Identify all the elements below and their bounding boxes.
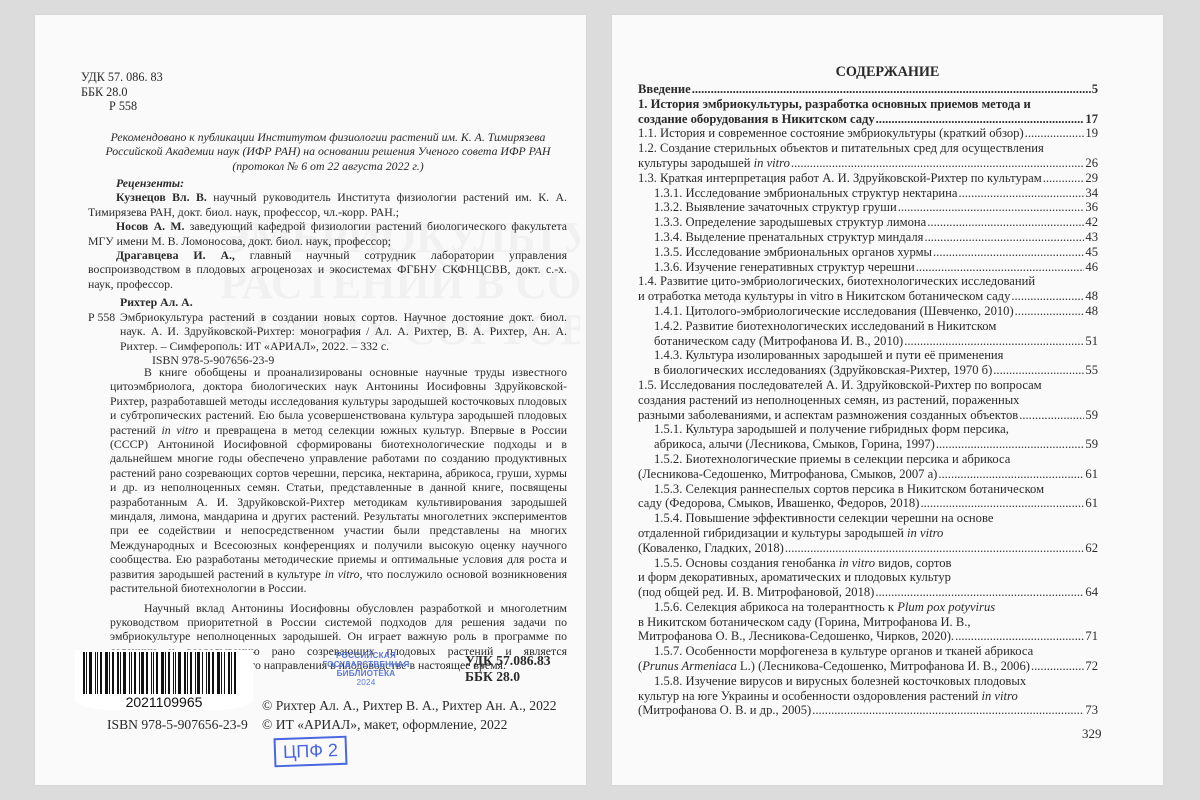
toc-entry-title: Митрофанова О. В., Лесникова-Седошенко, … (638, 629, 954, 644)
toc-leader (791, 156, 1085, 171)
toc-leader (1019, 408, 1084, 423)
page-number: 329 (1082, 726, 1102, 742)
toc-leader (1031, 659, 1084, 674)
toc-leader (920, 496, 1084, 511)
toc-entry[interactable]: 1.1. История и современное состояние эмб… (638, 126, 1098, 141)
barcode: 2021109965 (75, 650, 253, 710)
copyright-line: © ИТ «АРИАЛ», макет, оформление, 2022 (262, 716, 557, 735)
stamp-year: 2024 (318, 678, 414, 687)
reviewer-name: Носов А. М. (116, 219, 184, 233)
toc-entry-title: разными заболеваниями, и аспектам размно… (638, 408, 1018, 423)
toc-entry[interactable]: 1.5.6. Селекция абрикоса на толерантност… (638, 600, 1098, 644)
toc-entry-title: 1.3.4. Выделение пренатальных структур м… (654, 230, 923, 245)
toc-page-number: 51 (1085, 334, 1098, 349)
toc-entry-title: 1.3.5. Исследование эмбриональных органо… (654, 245, 932, 260)
toc-page-number: 43 (1085, 230, 1098, 245)
toc-entry[interactable]: 1.2. Создание стерильных объектов и пита… (638, 141, 1098, 171)
recommendation-note: Рекомендовано к публикации Институтом фи… (88, 130, 568, 173)
toc-entry-title: 1.3.3. Определение зародышевых структур … (654, 215, 926, 230)
abstract-italic: in vitro (161, 423, 198, 437)
toc-leader (936, 437, 1085, 452)
barcode-bars (83, 652, 245, 694)
toc-entry-title: в биологических исследованиях (Здруйковс… (654, 363, 992, 378)
toc-leader (1043, 171, 1085, 186)
abstract: В книге обобщены и проанализированы осно… (110, 365, 567, 673)
show-through-text: ЭМБРИОКУЛЬТУРАРАСТЕНИЙ В СОЗДАНИИНОВЫХ С… (220, 215, 580, 353)
toc-entry-title: культуры зародышей in vitro (638, 156, 790, 171)
toc-page-number: 36 (1085, 200, 1098, 215)
toc-entry[interactable]: 1.5.5. Основы создания генобанка in vitr… (638, 556, 1098, 600)
table-of-contents: Введение51. История эмбриокультуры, разр… (638, 82, 1098, 718)
toc-entry[interactable]: 1.4.3. Культура изолированных зародышей … (638, 348, 1098, 378)
copyright: © Рихтер Ал. А., Рихтер В. А., Рихтер Ан… (262, 697, 557, 734)
toc-page-number: 19 (1085, 126, 1098, 141)
toc-entry-title: Введение (638, 82, 691, 97)
toc-entry[interactable]: 1.5.4. Повышение эффективности селекции … (638, 511, 1098, 555)
toc-leader (898, 200, 1085, 215)
toc-leader (785, 541, 1085, 556)
toc-page-number: 61 (1085, 496, 1098, 511)
bbk-bold: ББК 28.0 (465, 669, 551, 685)
toc-title: СОДЕРЖАНИЕ (612, 64, 1163, 80)
toc-entry-title: (Prunus Armeniaca L.) (Лесникова-Седошен… (638, 659, 1030, 674)
toc-page-number: 71 (1085, 629, 1098, 644)
toc-entry-title: (под общей ред. И. В. Митрофановой, 2018… (638, 585, 874, 600)
toc-entry-title: (Лесникова-Седошенко, Митрофанова, Смыко… (638, 467, 937, 482)
toc-page-number: 59 (1085, 437, 1098, 452)
udk-code: УДК 57. 086. 83 (81, 70, 163, 85)
recommendation-line: (протокол № 6 от 22 августа 2022 г.) (88, 159, 568, 173)
toc-leader (924, 230, 1084, 245)
toc-page-number: 64 (1085, 585, 1098, 600)
toc-page-number: 26 (1085, 156, 1098, 171)
toc-entry[interactable]: 1.5.3. Селекция раннеспелых сортов перси… (638, 482, 1098, 512)
toc-page-number: 17 (1085, 112, 1098, 127)
classification-codes: УДК 57. 086. 83 ББК 28.0 Р 558 (81, 70, 163, 114)
toc-entry[interactable]: 1.5.8. Изучение вирусов и вирусных болез… (638, 674, 1098, 718)
toc-page-number: 59 (1085, 408, 1098, 423)
toc-page-number: 42 (1085, 215, 1098, 230)
toc-page-number: 48 (1085, 304, 1098, 319)
toc-entry[interactable]: 1.5.1. Культура зародышей и получение ги… (638, 422, 1098, 452)
abstract-paragraph: В книге обобщены и проанализированы осно… (110, 365, 567, 596)
stamp-line: БИБЛИОТЕКА (318, 669, 414, 678)
udk-bold: УДК 57.086.83 (465, 653, 551, 669)
stamp-line: РОССИЙСКАЯ (318, 651, 414, 660)
toc-entry[interactable]: 1. История эмбриокультуры, разработка ос… (638, 97, 1098, 127)
toc-entry[interactable]: 1.4. Развитие цито-эмбриологических, био… (638, 274, 1098, 304)
toc-entry-title: (Коваленко, Гладких, 2018) (638, 541, 784, 556)
toc-entry-title: 1.4.1. Цитолого-эмбриологические исследо… (654, 304, 1014, 319)
bbk-code: ББК 28.0 (81, 85, 163, 100)
reviewer-name: Драгавцева И. А., (116, 248, 235, 262)
toc-leader (692, 82, 1091, 97)
toc-page-number: 48 (1085, 289, 1098, 304)
toc-leader (993, 363, 1084, 378)
toc-entry[interactable]: 1.3.5. Исследование эмбриональных органо… (638, 245, 1098, 260)
toc-entry[interactable]: 1.3. Краткая интерпретация работ А. И. З… (638, 171, 1098, 186)
isbn-bottom: ISBN 978-5-907656-23-9 (107, 717, 248, 733)
toc-page-number: 46 (1085, 260, 1098, 275)
library-stamp: РОССИЙСКАЯ ГОСУДАРСТВЕННАЯ БИБЛИОТЕКА 20… (318, 651, 414, 687)
toc-entry[interactable]: Введение5 (638, 82, 1098, 97)
recommendation-line: Российской Академии наук (ИФР РАН) на ос… (88, 144, 568, 158)
toc-leader (958, 186, 1084, 201)
toc-leader (876, 112, 1085, 127)
toc-entry[interactable]: 1.3.1. Исследование эмбриональных структ… (638, 186, 1098, 201)
toc-page-number: 72 (1085, 659, 1098, 674)
toc-leader (812, 703, 1084, 718)
toc-entry-title: ботаническом саду (Митрофанова И. В., 20… (654, 334, 903, 349)
toc-page-number: 29 (1085, 171, 1098, 186)
toc-leader (1011, 289, 1084, 304)
toc-entry[interactable]: 1.5.7. Особенности морфогенеза в культур… (638, 644, 1098, 674)
stamp-line: ГОСУДАРСТВЕННАЯ (318, 660, 414, 669)
toc-entry[interactable]: 1.5.2. Биотехнологические приемы в селек… (638, 452, 1098, 482)
toc-entry-title: (Митрофанова О. В. и др., 2005) (638, 703, 811, 718)
toc-entry-title: саду (Федорова, Смыков, Ивашенко, Федоро… (638, 496, 919, 511)
toc-leader (1025, 126, 1085, 141)
toc-leader (875, 585, 1084, 600)
abstract-italic: in vitro (325, 567, 360, 581)
toc-leader (927, 215, 1084, 230)
toc-entry[interactable]: 1.4.1. Цитолого-эмбриологические исследо… (638, 304, 1098, 319)
copyright-line: © Рихтер Ал. А., Рихтер В. А., Рихтер Ан… (262, 697, 557, 716)
toc-leader (904, 334, 1084, 349)
toc-page-number: 34 (1085, 186, 1098, 201)
author-sign: Р 558 (81, 99, 163, 114)
toc-leader (933, 245, 1084, 260)
toc-page-number: 5 (1092, 82, 1098, 97)
toc-entry[interactable]: 1.3.3. Определение зародышевых структур … (638, 215, 1098, 230)
reviewers-heading: Рецензенты: (88, 176, 567, 190)
record-code: Р 558 (88, 310, 120, 354)
cpf-stamp: ЦПФ 2 (274, 736, 348, 768)
toc-page-number: 55 (1085, 363, 1098, 378)
toc-page-number: 45 (1085, 245, 1098, 260)
toc-entry[interactable]: 1.3.6. Изучение генеративных структур че… (638, 260, 1098, 275)
toc-entry-title: 1.3.2. Выявление зачаточных структур гру… (654, 200, 897, 215)
toc-entry-title: абрикоса, алычи (Лесникова, Смыков, Гори… (654, 437, 935, 452)
abstract-text: и превращена в метод селекции южных куль… (110, 423, 567, 581)
toc-leader (938, 467, 1084, 482)
toc-page-number: 61 (1085, 467, 1098, 482)
toc-page-number: 73 (1085, 703, 1098, 718)
toc-entry[interactable]: 1.4.2. Развитие биотехнологических иссле… (638, 319, 1098, 349)
toc-page-number: 62 (1085, 541, 1098, 556)
toc-leader (916, 260, 1085, 275)
toc-entry-title: и отработка метода культуры in vitro в Н… (638, 289, 1010, 304)
barcode-number: 2021109965 (75, 694, 253, 710)
toc-entry-title: 1.3. Краткая интерпретация работ А. И. З… (638, 171, 1042, 186)
reviewer-name: Кузнецов Вл. В. (116, 190, 207, 204)
toc-entry-title: создание оборудования в Никитском саду (638, 112, 875, 127)
toc-leader (1015, 304, 1085, 319)
toc-entry[interactable]: 1.3.2. Выявление зачаточных структур гру… (638, 200, 1098, 215)
recommendation-line: Рекомендовано к публикации Институтом фи… (88, 130, 568, 144)
toc-leader (955, 629, 1084, 644)
toc-entry[interactable]: 1.3.4. Выделение пренатальных структур м… (638, 230, 1098, 245)
toc-entry-title: 1.3.6. Изучение генеративных структур че… (654, 260, 915, 275)
toc-entry[interactable]: 1.5. Исследования последователей А. И. З… (638, 378, 1098, 422)
udk-bbk-bold: УДК 57.086.83 ББК 28.0 (465, 653, 551, 684)
toc-entry-title: 1.3.1. Исследование эмбриональных структ… (654, 186, 957, 201)
toc-entry-title: 1.1. История и современное состояние эмб… (638, 126, 1024, 141)
